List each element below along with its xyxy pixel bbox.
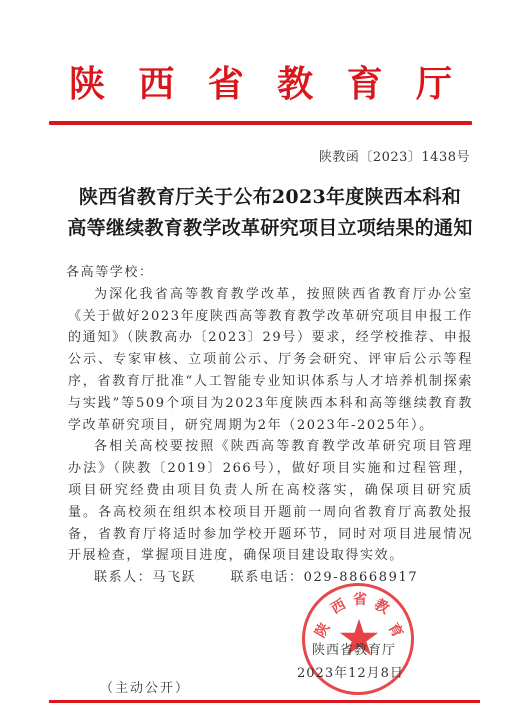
masthead-char: 陕 bbox=[69, 62, 105, 106]
masthead-char: 省 bbox=[208, 62, 244, 106]
title-line-2: 高等继续教育教学改革研究项目立项结果的通知 bbox=[40, 213, 500, 244]
paragraph: 各相关高校要按照《陕西高等教育教学改革研究项目管理办法》（陕教〔2019〕266… bbox=[68, 436, 473, 567]
contact-person-label: 联系人： bbox=[94, 570, 152, 585]
contact-phone-label: 联系电话： bbox=[231, 570, 304, 585]
seal-arc-char: 育 bbox=[384, 619, 408, 641]
seal-arc-char: 省 bbox=[353, 589, 367, 609]
disclosure-label: （主动公开） bbox=[100, 677, 190, 696]
document-number: 陕教函〔2023〕1438号 bbox=[319, 146, 470, 165]
footer-divider bbox=[49, 700, 480, 703]
masthead-char: 西 bbox=[138, 62, 174, 106]
contact-line: 联系人：马飞跃 联系电话：029-88668917 bbox=[68, 567, 473, 589]
masthead-char: 教 bbox=[277, 62, 313, 106]
document-body: 各高等学校： 为深化我省高等教育教学改革，按照陕西省教育厅办公室《关于做好202… bbox=[68, 262, 473, 589]
issue-date: 2023年12月8日 bbox=[297, 662, 404, 681]
salutation: 各高等学校： bbox=[66, 262, 473, 284]
masthead: 陕 西 省 教 育 厅 bbox=[49, 62, 472, 106]
paragraph: 为深化我省高等教育教学改革，按照陕西省教育厅办公室《关于做好2023年度陕西高等… bbox=[68, 284, 473, 437]
masthead-divider bbox=[49, 121, 472, 125]
masthead-char: 厅 bbox=[416, 62, 452, 106]
issuer-name: 陕西省教育厅 bbox=[312, 639, 396, 658]
seal-arc-char: 陕 bbox=[310, 619, 334, 641]
masthead-char: 育 bbox=[347, 62, 383, 106]
document-title: 陕西省教育厅关于公布2023年度陕西本科和 高等继续教育教学改革研究项目立项结果… bbox=[40, 182, 500, 244]
title-line-1: 陕西省教育厅关于公布2023年度陕西本科和 bbox=[40, 182, 500, 213]
contact-person: 马飞跃 bbox=[152, 570, 196, 585]
